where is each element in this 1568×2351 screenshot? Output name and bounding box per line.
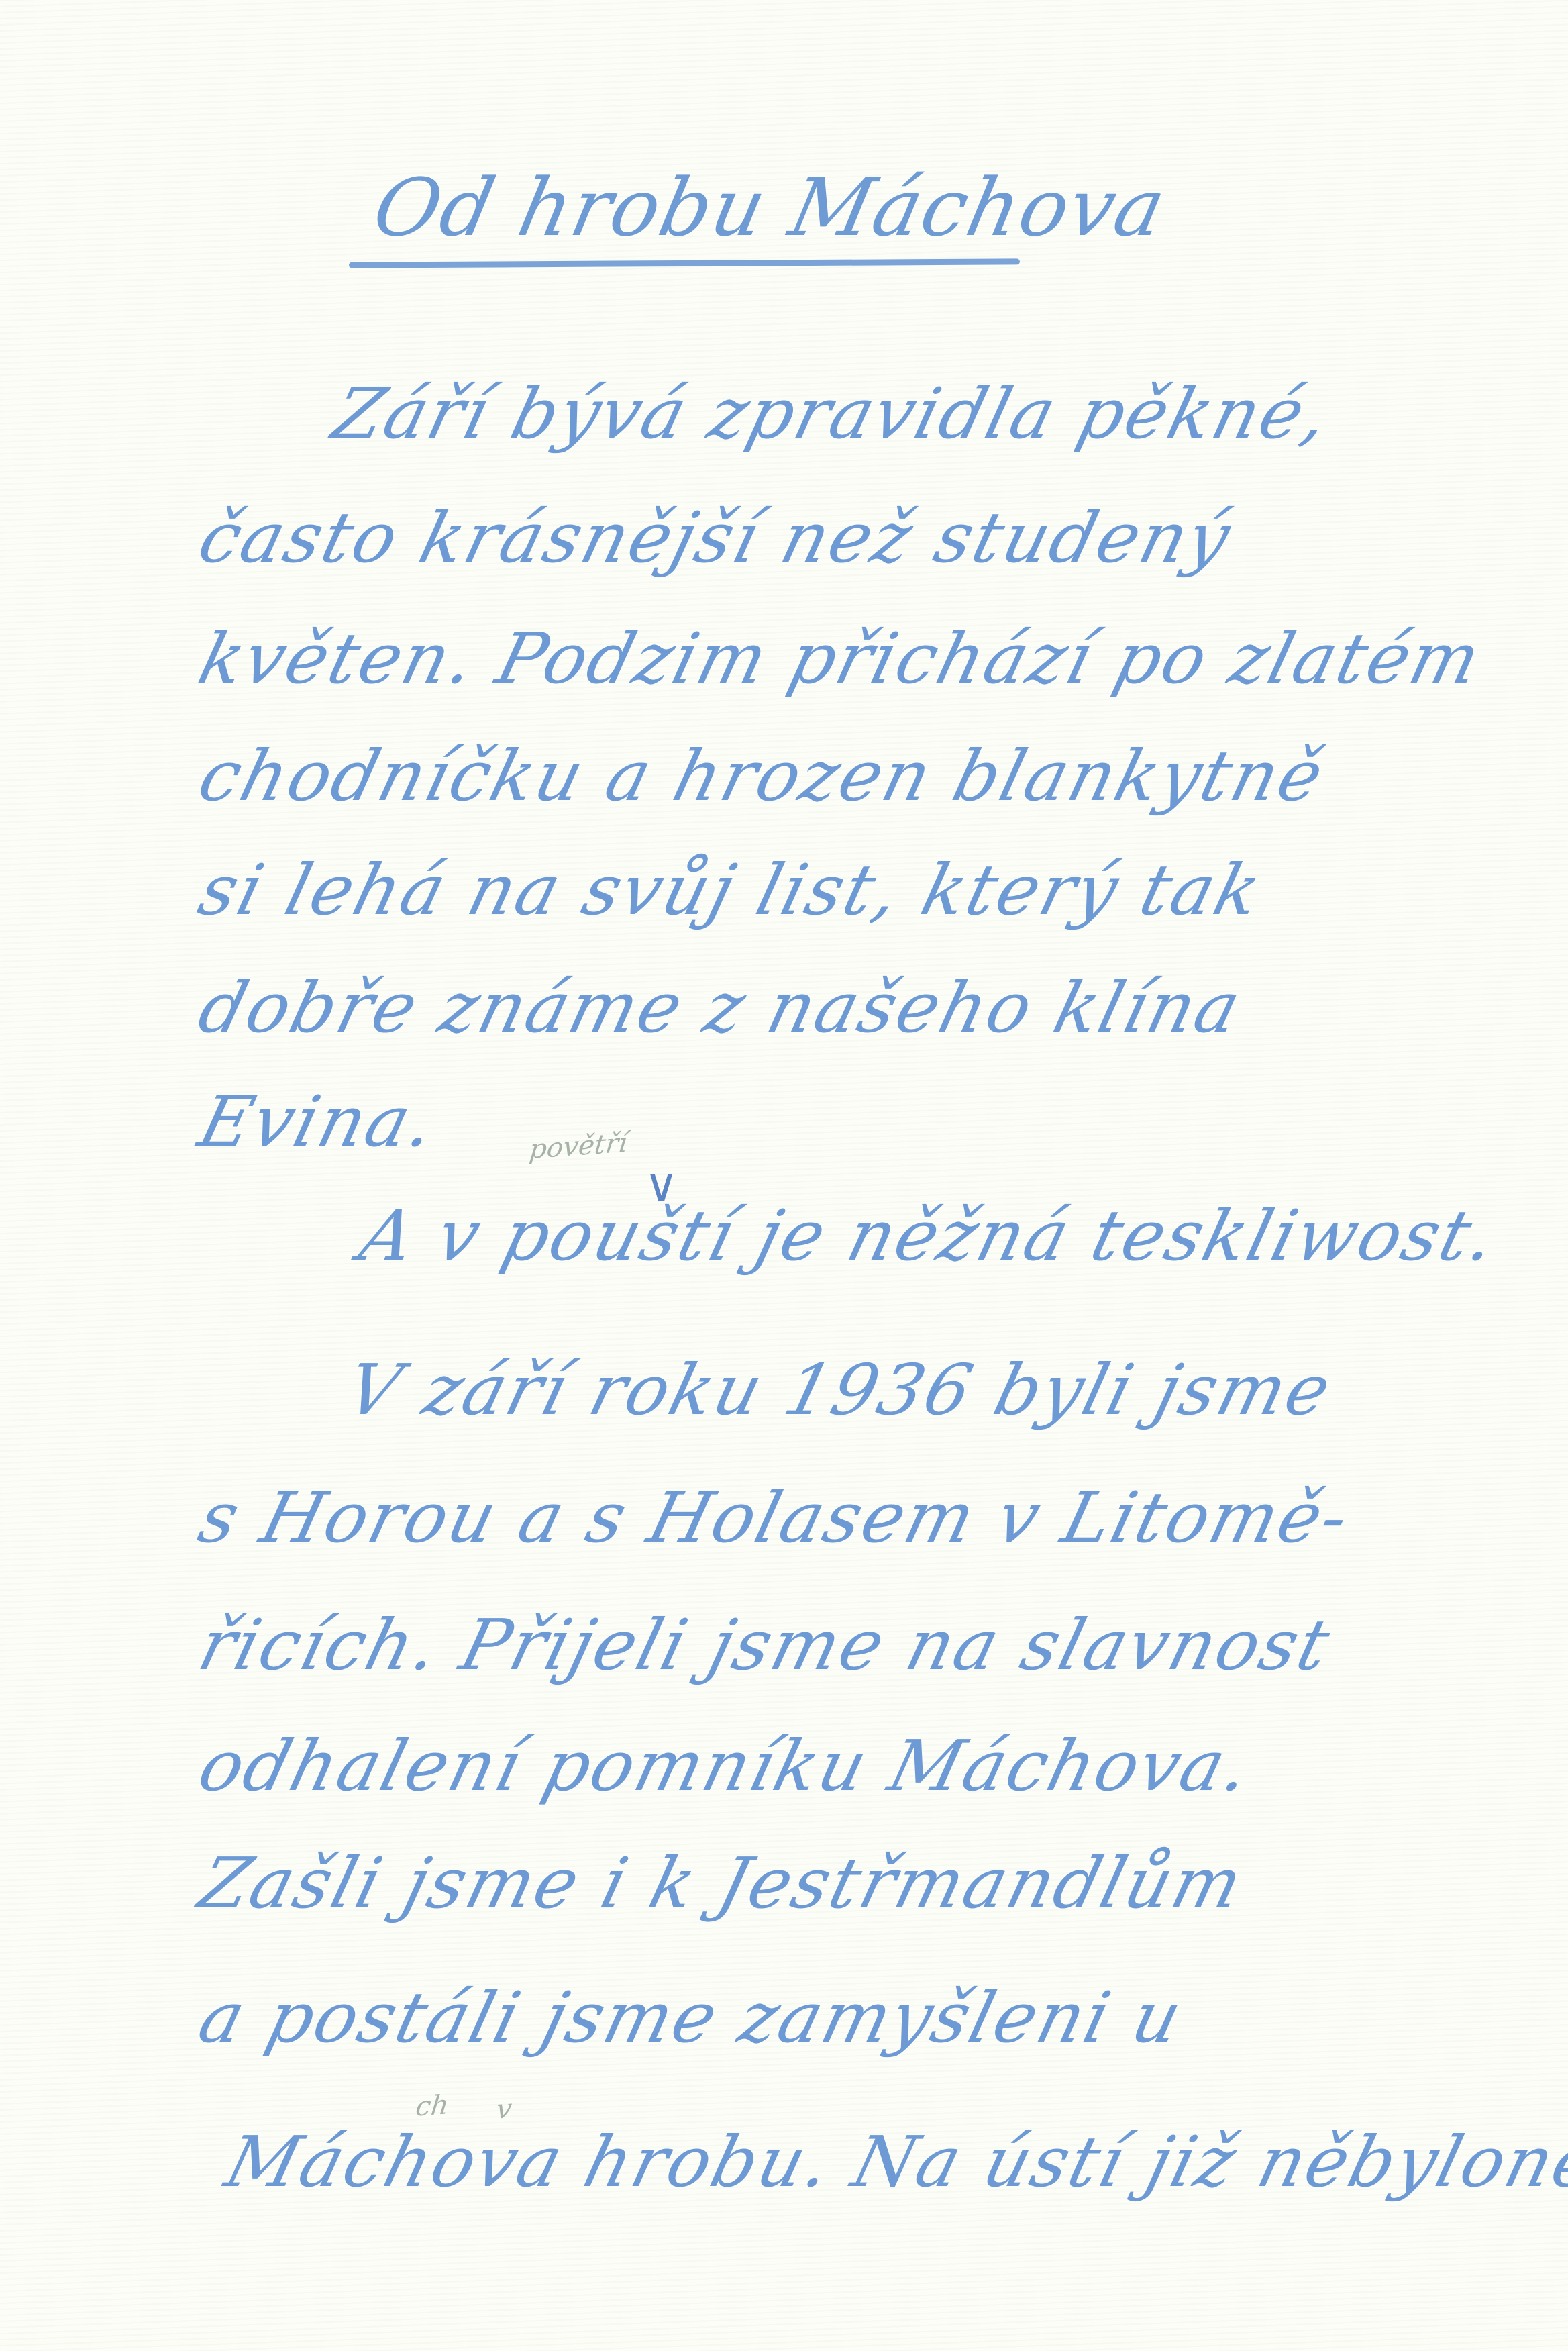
manuscript-line-2: často krásnější než studený (191, 497, 1240, 579)
manuscript-line-11: řicích. Přijeli jsme na slavnost (191, 1604, 1340, 1686)
manuscript-line-6: dobře známe z našeho klína (191, 966, 1250, 1048)
manuscript-line-10: s Horou a s Holasem v Litomě- (191, 1477, 1359, 1558)
handwritten-manuscript-page: Od hrobu Máchova Září bývá zpravidla pěk… (0, 0, 1568, 2351)
manuscript-line-3: květen. Podzim přichází po zlatém (191, 617, 1490, 699)
title-underline (349, 258, 1020, 268)
manuscript-line-9: V září roku 1936 byli jsme (339, 1349, 1341, 1431)
manuscript-line-12: odhalení pomníku Máchova. (191, 1725, 1260, 1807)
manuscript-line-1: Září bývá zpravidla pěkné, (325, 372, 1339, 454)
manuscript-line-13: Zašli jsme i k Jestřmandlům (191, 1842, 1252, 1924)
pencil-annotation-povetri: povětří (528, 1128, 629, 1165)
manuscript-line-5: si lehá na svůj list, který tak (191, 849, 1271, 931)
manuscript-line-15: Máchova hrobu. Na ústí již něbylone (218, 2121, 1568, 2203)
manuscript-line-14: a postáli jsme zamyšleni u (191, 1977, 1192, 2058)
manuscript-line-8: A v pouští je něžná teskliwost. (352, 1195, 1506, 1277)
manuscript-title: Od hrobu Máchova (366, 161, 1174, 254)
manuscript-line-4: chodníčku a hrozen blankytně (191, 735, 1333, 817)
manuscript-line-7: Evina. (191, 1081, 445, 1162)
pencil-annotation-ch: ch (414, 2089, 450, 2122)
